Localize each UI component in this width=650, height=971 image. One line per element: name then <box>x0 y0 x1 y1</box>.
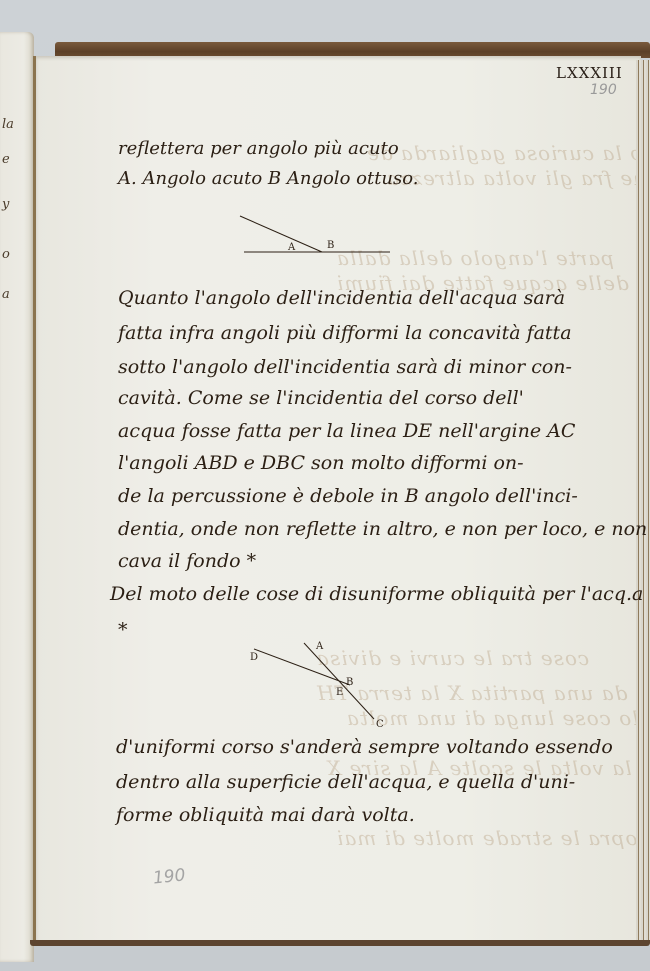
facing-page-fragment: y <box>2 197 9 212</box>
bleed-through-line: Quando la curiosa gagliarda de <box>366 141 650 165</box>
manuscript-line: sotto l'angolo dell'incidentia sarà di m… <box>118 356 572 378</box>
manuscript-line: Del moto delle cose di disuniforme obliq… <box>110 583 643 605</box>
label-d: D <box>250 652 258 663</box>
bleed-through-line: sopra le strade molte di mai <box>336 826 649 850</box>
label-b: B <box>346 677 353 688</box>
facing-page-fragment: o <box>2 247 10 262</box>
manuscript-line: de la percussione è debole in B angolo d… <box>118 485 578 507</box>
manuscript-line: l'angoli ABD e DBC son molto difformi on… <box>118 452 524 474</box>
label-a: A <box>315 641 324 652</box>
manuscript-line: cava il fondo * <box>118 550 256 572</box>
manuscript-line: acqua fosse fatta per la linea DE nell'a… <box>118 420 575 442</box>
manuscript-line: d'uniformi corso s'anderà sempre voltand… <box>116 736 613 758</box>
label-c: C <box>376 719 384 730</box>
pencil-page-number: 190 <box>152 865 186 888</box>
manuscript-line: dentro alla superficie dell'acqua, e que… <box>116 771 575 793</box>
binding-bottom-edge <box>30 940 650 946</box>
manuscript-line: reflettera per angolo più acuto <box>118 138 399 159</box>
manuscript-line: fatta infra angoli più difformi la conca… <box>118 322 572 344</box>
bleed-through-line: lume fra gli volta altrezza <box>386 166 650 190</box>
label-a: A <box>287 242 296 253</box>
manuscript-line: cavità. Come se l'incidentia del corso d… <box>118 387 524 409</box>
diagram-angle-ab-svg: A B <box>230 210 400 260</box>
facing-page-edge: la e y o a <box>0 32 34 962</box>
manuscript-line: dentia, onde non reflette in altro, e no… <box>118 518 647 540</box>
page-stack-edge <box>636 60 650 945</box>
facing-page-fragment: la <box>2 117 14 132</box>
manuscript-line: forme obliquità mai darà volta. <box>116 804 415 826</box>
diagram-angle-ab: A B <box>230 210 400 264</box>
diagram-lines-dac-svg: D A B E C <box>240 635 400 730</box>
label-e: E <box>336 687 343 698</box>
label-b: B <box>327 240 334 251</box>
diagram-lines-dac: D A B E C <box>240 635 400 734</box>
facing-page-fragment: e <box>2 152 10 167</box>
folio-number: LXXXIII <box>556 64 623 82</box>
manuscript-line: Quanto l'angolo dell'incidentia dell'acq… <box>118 287 565 309</box>
pencil-folio-number: 190 <box>590 82 617 98</box>
asterisk-mark: * <box>118 619 128 641</box>
manuscript-line: A. Angolo acuto B Angolo ottuso. <box>118 168 419 189</box>
facing-page-fragment: a <box>2 287 10 302</box>
